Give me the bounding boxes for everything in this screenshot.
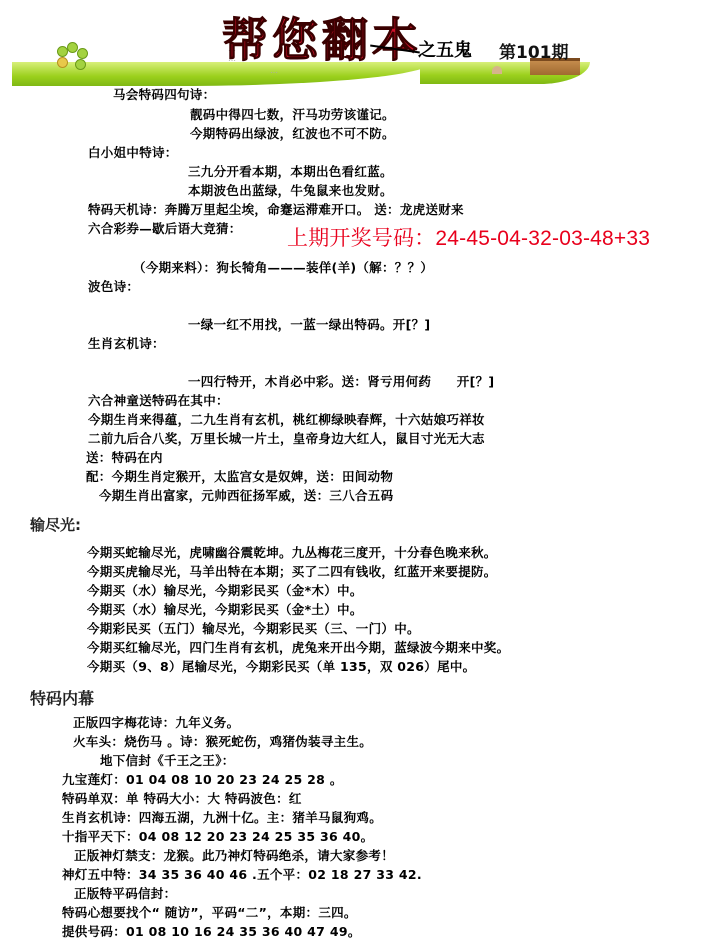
mushroom-icon <box>492 66 502 74</box>
text-line: 提供号码：01 08 10 16 24 35 36 40 47 49。 <box>62 925 361 939</box>
text-line: 特码天机诗：奔腾万里起尘埃，命蹇运滞难开口。 送：龙虎送财来 <box>88 203 464 217</box>
text-line: 配：今期生肖定猴开，太监宫女是奴婢，送：田间动物 <box>86 470 393 484</box>
text-line: 今期买（水）输尽光，今期彩民买（金*土）中。 <box>87 603 363 617</box>
text-line: 波色诗： <box>88 280 139 294</box>
text-line: 正版特平码信封： <box>74 887 176 901</box>
text-line: 生肖玄机诗：四海五湖，九洲十亿。主：猪羊马鼠狗鸡。 <box>62 811 382 825</box>
text-line: 马会特码四句诗： <box>113 88 215 102</box>
issue-number: 第101期 <box>499 38 569 63</box>
section-heading-lose-all: 输尽光: <box>30 514 81 535</box>
text-line: 今期买红输尽光，四门生肖有玄机，虎兔来开出今期，蓝绿波今期来中奖。 <box>87 641 509 655</box>
text-line: 正版四字梅花诗：九年义务。 <box>73 716 239 730</box>
text-line: 送：特码在内 <box>86 451 163 465</box>
page-title: 帮您翻本 <box>222 4 422 70</box>
text-line: 九宝莲灯：01 04 08 10 20 23 24 25 28 。 <box>62 773 343 787</box>
section-heading-inside-story: 特码内幕 <box>30 686 94 709</box>
text-line: 六合神童送特码在其中： <box>88 394 229 408</box>
text-line: 二前九后合八奖，万里长城一片土，皇帝身边大红人，鼠目寸光无大志 <box>88 432 485 446</box>
text-line: 白小姐中特诗： <box>88 146 178 160</box>
text-line: 今期生肖出富家，元帅西征扬军威，送：三八合五码 <box>99 489 393 503</box>
text-line: 特码单双：单 特码大小：大 特码波色：红 <box>62 792 302 806</box>
text-line: 本期波色出蓝绿，牛兔鼠来也发财。 <box>188 184 393 198</box>
text-line: 今期买（水）输尽光，今期彩民买（金*木）中。 <box>87 584 363 598</box>
text-line: 今期生肖来得蕴，二九生肖有玄机，桃红柳绿映春辉，十六姑娘巧祥妆 <box>88 413 485 427</box>
text-line: 神灯五中特：34 35 36 40 46 .五个平：02 18 27 33 42… <box>62 868 422 882</box>
text-line: 今期彩民买（五门）输尽光，今期彩民买（三、一门）中。 <box>87 622 420 636</box>
text-line: 地下信封《千王之王》： <box>100 754 235 768</box>
text-line: 十指平天下：04 08 12 20 23 24 25 35 36 40。 <box>62 830 373 844</box>
text-line: 今期买（9、8）尾输尽光，今期彩民买（单 135，双 026）尾中。 <box>87 660 475 674</box>
tree-icon <box>55 42 87 72</box>
text-line: 三九分开看本期，本期出色看红蓝。 <box>188 165 393 179</box>
text-line: 六合彩券—歇后语大竞猜： <box>88 222 242 236</box>
text-line: 生肖玄机诗： <box>88 337 165 351</box>
text-line: 一绿一红不用找，一蓝一绿出特码。开[？] <box>188 318 430 332</box>
last-result-banner: 上期开奖号码：24-45-04-32-03-48+33 <box>287 222 650 252</box>
text-line: 一四行特开，木肖必中彩。送：肾亏用何药 开[？] <box>188 375 494 389</box>
text-line: 特码心想要找个“ 随访”，平码“二”，本期：三四。 <box>62 906 357 920</box>
text-line: 靓码中得四七数，汗马功劳该谨记。 <box>190 108 395 122</box>
text-line: 正版神灯禁支：龙猴。此乃神灯特码绝杀，请大家参考！ <box>74 849 394 863</box>
text-line: 火车头：烧伤马 。诗：猴死蛇伤，鸡猪伪装寻主生。 <box>73 735 372 749</box>
header-banner: … … … 帮您翻本 之五鬼 第101期 <box>0 0 720 90</box>
text-line: （今期来料）：狗长犄角———装佯(羊)（解：？？） <box>133 261 433 275</box>
text-line: 今期买虎输尽光，马羊出特在本期；买了二四有钱收，红蓝开来要提防。 <box>87 565 497 579</box>
text-line: 今期特码出绿波，红波也不可不防。 <box>190 127 395 141</box>
page-subtitle: 之五鬼 <box>418 36 472 62</box>
text-line: 今期买蛇输尽光，虎啸幽谷震乾坤。九丛梅花三度开，十分春色晚来秋。 <box>87 546 497 560</box>
